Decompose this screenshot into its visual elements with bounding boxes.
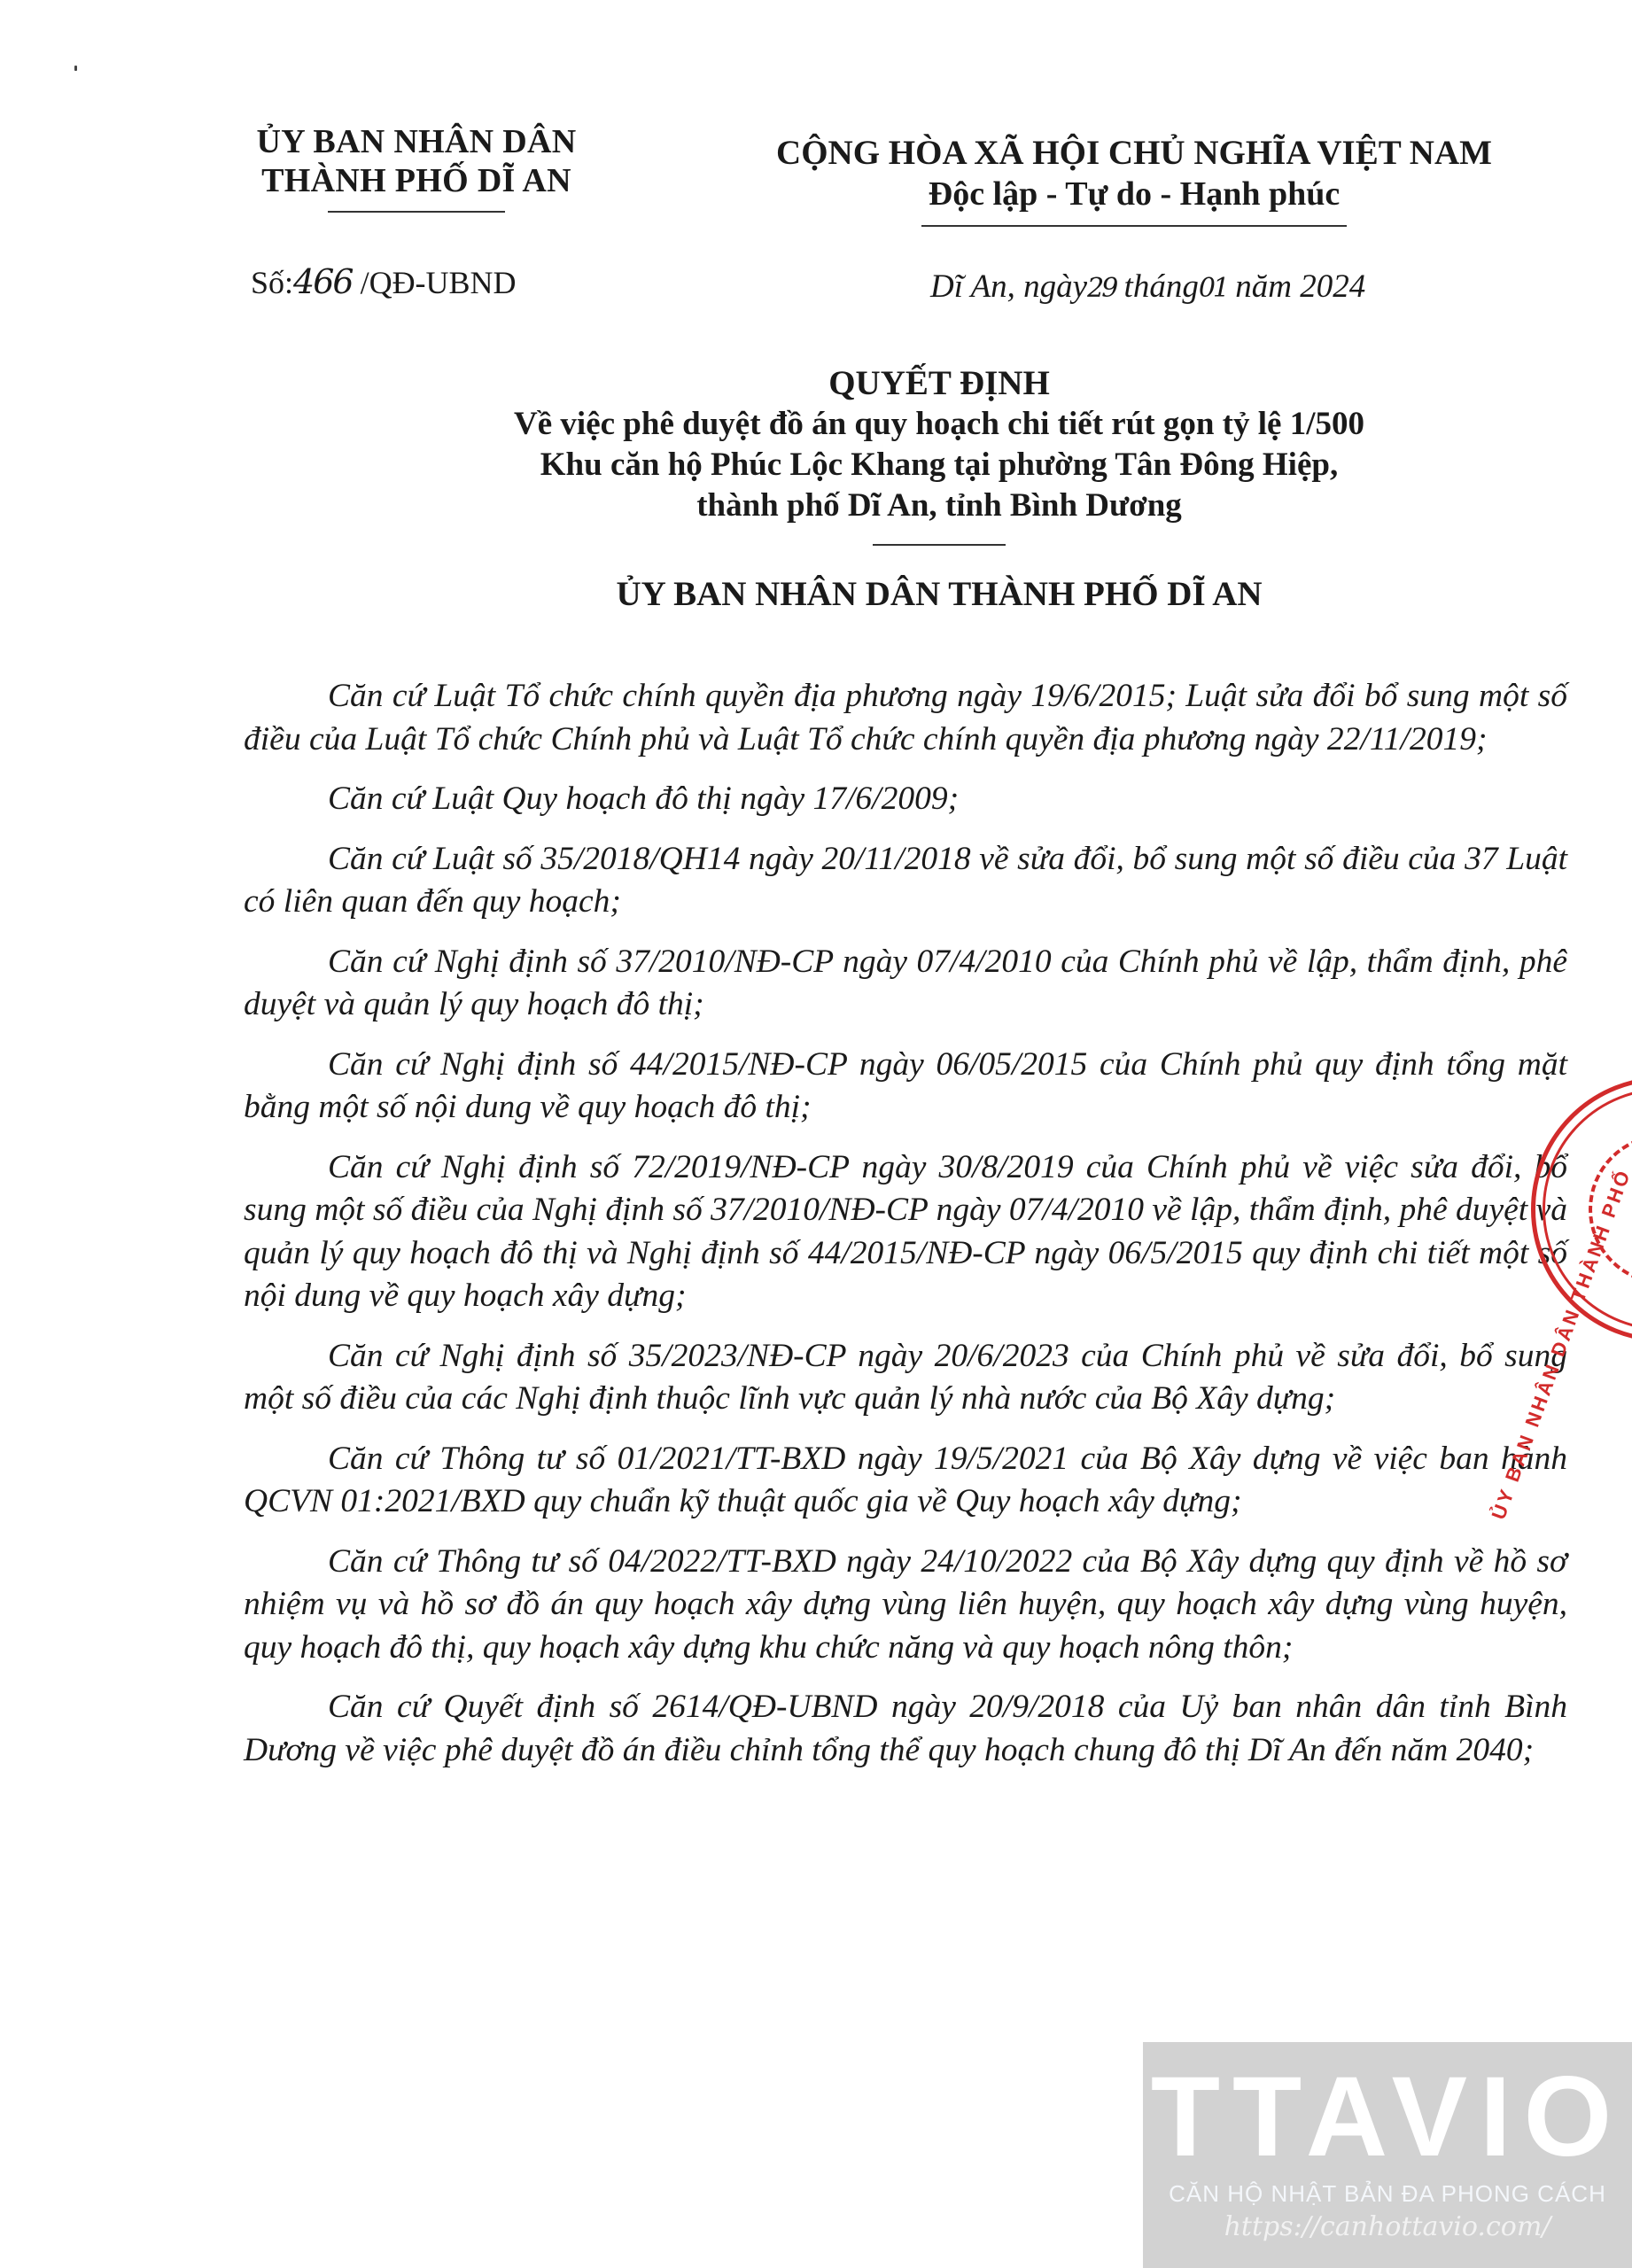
legal-basis-paragraph: Căn cứ Luật Quy hoạch đô thị ngày 17/6/2…	[244, 778, 1567, 821]
watermark-url: https://canhottavio.com/	[1143, 2211, 1632, 2242]
decision-subject-line-2: Khu căn hộ Phúc Lộc Khang tại phường Tân…	[390, 445, 1488, 485]
legal-basis-paragraph: Căn cứ Thông tư số 01/2021/TT-BXD ngày 1…	[244, 1438, 1567, 1524]
decision-subject-line-1: Về việc phê duyệt đồ án quy hoạch chi ti…	[390, 404, 1488, 445]
national-motto: Độc lập - Tự do - Hạnh phúc	[709, 174, 1559, 214]
decision-title: QUYẾT ĐỊNH	[390, 363, 1488, 404]
legal-bases: Căn cứ Luật Tổ chức chính quyền địa phươ…	[244, 675, 1567, 1789]
legal-basis-paragraph: Căn cứ Nghị định số 37/2010/NĐ-CP ngày 0…	[244, 941, 1567, 1027]
issuer-line-2: THÀNH PHỐ DĨ AN	[239, 161, 594, 200]
year-label: năm 2024	[1235, 268, 1365, 305]
decision-title-block: QUYẾT ĐỊNH Về việc phê duyệt đồ án quy h…	[390, 363, 1488, 546]
legal-basis-paragraph: Căn cứ Luật số 35/2018/QH14 ngày 20/11/2…	[244, 838, 1567, 924]
document-number-handwritten: 466	[293, 262, 353, 301]
issuer-header: ỦY BAN NHÂN DÂN THÀNH PHỐ DĨ AN	[239, 122, 594, 213]
document-number-prefix: Số:	[251, 265, 293, 300]
place-prefix: Dĩ An, ngày	[930, 268, 1087, 305]
watermark-tagline: CĂN HỘ NHẬT BẢN ĐA PHONG CÁCH	[1143, 2180, 1632, 2208]
issuer-line-1: ỦY BAN NHÂN DÂN	[239, 122, 594, 161]
month-label: tháng	[1124, 268, 1199, 305]
legal-basis-paragraph: Căn cứ Nghị định số 35/2023/NĐ-CP ngày 2…	[244, 1335, 1567, 1421]
legal-basis-paragraph: Căn cứ Quyết định số 2614/QĐ-UBND ngày 2…	[244, 1686, 1567, 1772]
motto-underline	[921, 225, 1347, 227]
title-underline	[873, 544, 1006, 546]
legal-basis-paragraph: Căn cứ Luật Tổ chức chính quyền địa phươ…	[244, 675, 1567, 761]
place-and-date: Dĩ An, ngày29 tháng01 năm 2024	[930, 268, 1365, 306]
handwritten-month: 01	[1199, 273, 1227, 304]
national-header: CỘNG HÒA XÃ HỘI CHỦ NGHĨA VIỆT NAM Độc l…	[709, 133, 1559, 227]
handwritten-day: 29	[1087, 273, 1115, 304]
decision-subject-line-3: thành phố Dĩ An, tỉnh Bình Dương	[390, 485, 1488, 526]
issuing-authority: ỦY BAN NHÂN DÂN THÀNH PHỐ DĨ AN	[390, 574, 1488, 615]
legal-basis-paragraph: Căn cứ Nghị định số 72/2019/NĐ-CP ngày 3…	[244, 1146, 1567, 1318]
issuer-underline	[328, 211, 505, 213]
nation-name: CỘNG HÒA XÃ HỘI CHỦ NGHĨA VIỆT NAM	[709, 133, 1559, 174]
watermark-logo: TTAVIO CĂN HỘ NHẬT BẢN ĐA PHONG CÁCH htt…	[1143, 2042, 1632, 2268]
legal-basis-paragraph: Căn cứ Thông tư số 04/2022/TT-BXD ngày 2…	[244, 1541, 1567, 1670]
watermark-brand: TTAVIO	[1143, 2060, 1632, 2175]
legal-basis-paragraph: Căn cứ Nghị định số 44/2015/NĐ-CP ngày 0…	[244, 1044, 1567, 1130]
document-number-suffix: /QĐ-UBND	[361, 265, 517, 300]
scan-speck	[74, 66, 77, 71]
document-number: Số:466 /QĐ-UBND	[251, 262, 517, 301]
